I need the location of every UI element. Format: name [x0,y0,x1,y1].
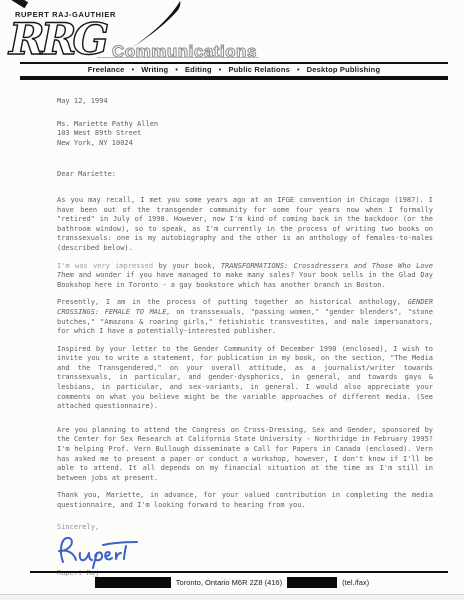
paragraph-text: I'm was very impressed [57,262,153,270]
letter-body: May 12, 1994 Ms. Mariette Pathy Allen 10… [57,97,433,579]
footer-tel-label: (tel./fax) [342,578,369,587]
handwritten-signature [53,533,153,569]
salutation: Dear Mariette: [57,170,433,180]
letter-paragraph: Inspired by your letter to the Gender Co… [57,345,433,412]
service-label: Editing [185,65,212,74]
redaction-box [287,577,337,588]
paragraph-text: Are you planning to attend the Congress … [57,426,433,482]
bullet-separator: • [297,67,300,74]
paragraph-text: As you may recall, I met you some years … [57,196,433,252]
service-label: Freelance [88,65,125,74]
paragraph-text: Inspired by your letter to the Gender Co… [57,345,433,411]
redaction-box [95,577,171,588]
service-label: Writing [141,65,168,74]
recipient-street: 103 West 89th Street [57,129,433,139]
recipient-address: Ms. Mariette Pathy Allen 103 West 89th S… [57,120,433,149]
logo-initials: RRG [9,19,105,62]
letter-paragraph: I'm was very impressed by your book, TRA… [57,262,433,291]
scan-bottom-edge [0,594,464,600]
recipient-city: New York, NY 10024 [57,139,433,149]
scan-artifact-mark [6,0,28,8]
closing: Sincerely, [57,523,433,533]
divider-line-bottom [20,76,448,80]
services-bar: Freelance•Writing•Editing•Public Relatio… [20,65,448,74]
paragraph-text: Thank you, Mariette, in advance, for you… [57,491,433,509]
footer-divider-line [30,571,448,573]
bullet-separator: • [219,67,222,74]
letter-paragraph: Thank you, Mariette, in advance, for you… [57,491,433,510]
recipient-name: Ms. Mariette Pathy Allen [57,120,433,130]
logo-swoosh-icon [98,1,198,63]
footer-address-row: Toronto, Ontario M6R 2Z8 (416) (tel./fax… [0,576,464,589]
scanned-letter-page: RUPERT RAJ-GAUTHIER RRG Communications F… [0,0,464,600]
letter-paragraph: Are you planning to attend the Congress … [57,426,433,484]
paragraph-text: and wonder if you have managed to make m… [57,271,433,289]
letter-paragraph: As you may recall, I met you some years … [57,196,433,254]
letter-date: May 12, 1994 [57,97,433,107]
service-label: Desktop Publishing [307,65,381,74]
letter-paragraph: Presently, I am in the process of puttin… [57,298,433,336]
paragraph-text: by your book, [153,262,221,270]
service-label: Public Relations [228,65,290,74]
footer-city-text: Toronto, Ontario M6R 2Z8 (416) [176,578,282,587]
bullet-separator: • [132,67,135,74]
bullet-separator: • [175,67,178,74]
paragraph-text: Presently, I am in the process of puttin… [57,298,408,306]
